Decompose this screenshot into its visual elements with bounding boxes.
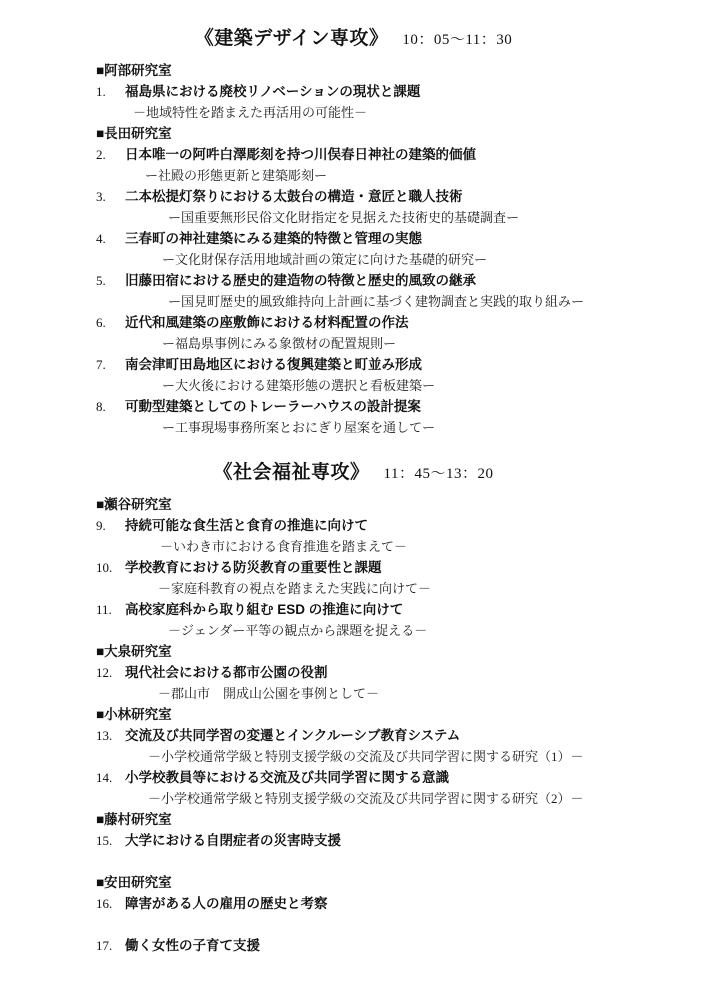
program-page: 《建築デザイン専攻》10：05～11：30■阿部研究室1.福島県における廃校リノ… bbox=[0, 0, 707, 1000]
item-subtitle-text: ー文化財保存活用地域計画の策定に向けた基礎的研究ー bbox=[162, 252, 487, 267]
item-number: 8. bbox=[96, 396, 125, 417]
item-title: 現代社会における都市公園の役割 bbox=[125, 665, 328, 680]
item-number: 1. bbox=[96, 81, 125, 102]
item-subtitle: －家庭科教育の視点を踏まえた実践に向けて－ bbox=[158, 578, 707, 599]
item-subtitle-text: －郡山市 開成山公園を事例として－ bbox=[158, 686, 379, 701]
lab-header: ■藤村研究室 bbox=[96, 809, 707, 830]
presentation-item: 3.二本松提灯祭りにおける太鼓台の構造・意匠と職人技術 bbox=[96, 186, 707, 207]
lab-header-label: ■長田研究室 bbox=[96, 126, 172, 141]
item-number: 11. bbox=[96, 599, 125, 620]
item-subtitle-text: －家庭科教育の視点を踏まえた実践に向けて－ bbox=[158, 581, 431, 596]
item-number: 16. bbox=[96, 893, 125, 914]
lab-header: ■小林研究室 bbox=[96, 704, 707, 725]
item-title: 日本唯一の阿吽白澤彫刻を持つ川俣春日神社の建築的価値 bbox=[125, 147, 476, 162]
presentation-item: 12.現代社会における都市公園の役割 bbox=[96, 662, 707, 683]
item-number: 3. bbox=[96, 186, 125, 207]
program-section: 《建築デザイン専攻》10：05～11：30■阿部研究室1.福島県における廃校リノ… bbox=[0, 26, 707, 438]
presentation-item: 9.持続可能な食生活と食育の推進に向けて bbox=[96, 515, 707, 536]
item-title: 働く女性の子育て支援 bbox=[125, 938, 260, 953]
item-number: 9. bbox=[96, 515, 125, 536]
item-subtitle: ー社殿の形態更新と建築彫刻ー bbox=[145, 165, 707, 186]
lab-header-label: ■阿部研究室 bbox=[96, 63, 172, 78]
item-number: 5. bbox=[96, 270, 125, 291]
item-subtitle: －地域特性を踏まえた再活用の可能性－ bbox=[133, 102, 707, 123]
item-subtitle-text: －小学校通常学級と特別支援学級の交流及び共同学習に関する研究（1）－ bbox=[148, 749, 584, 764]
item-title: 小学校教員等における交流及び共同学習に関する意識 bbox=[125, 770, 449, 785]
lab-header: ■阿部研究室 bbox=[96, 60, 707, 81]
item-subtitle-text: ー大火後における建築形態の選択と看板建築ー bbox=[162, 378, 435, 393]
item-subtitle-text: ー国見町歴史的風致維持向上計画に基づく建物調査と実践的取り組みー bbox=[168, 294, 584, 309]
lab-header: ■安田研究室 bbox=[96, 872, 707, 893]
lab-header-label: ■小林研究室 bbox=[96, 707, 172, 722]
item-title: 学校教育における防災教育の重要性と課題 bbox=[125, 560, 382, 575]
item-title: 持続可能な食生活と食育の推進に向けて bbox=[125, 518, 368, 533]
item-number: 15. bbox=[96, 830, 125, 851]
item-number: 4. bbox=[96, 228, 125, 249]
lab-header: ■長田研究室 bbox=[96, 123, 707, 144]
lab-header: ■瀬谷研究室 bbox=[96, 494, 707, 515]
presentation-item: 13.交流及び共同学習の変遷とインクルーシブ教育システム bbox=[96, 725, 707, 746]
item-title: 高校家庭科から取り組む ESD の推進に向けて bbox=[125, 602, 403, 617]
item-subtitle-text: －ジェンダー平等の観点から課題を捉える－ bbox=[168, 623, 427, 638]
item-subtitle-text: ー福島県事例にみる象徴材の配置規則ー bbox=[162, 336, 396, 351]
presentation-item: 10.学校教育における防災教育の重要性と課題 bbox=[96, 557, 707, 578]
item-subtitle-text: ー社殿の形態更新と建築彫刻ー bbox=[145, 168, 327, 183]
item-subtitle: ー工事現場事務所案とおにぎり屋案を通してー bbox=[162, 417, 707, 438]
item-title: 交流及び共同学習の変遷とインクルーシブ教育システム bbox=[125, 728, 460, 743]
item-subtitle: ー文化財保存活用地域計画の策定に向けた基礎的研究ー bbox=[162, 249, 707, 270]
item-number: 6. bbox=[96, 312, 125, 333]
item-title: 福島県における廃校リノベーションの現状と課題 bbox=[125, 84, 420, 99]
presentation-item: 1.福島県における廃校リノベーションの現状と課題 bbox=[96, 81, 707, 102]
item-subtitle: ー国重要無形民俗文化財指定を見据えた技術史的基礎調査ー bbox=[168, 207, 707, 228]
item-subtitle-text: －地域特性を踏まえた再活用の可能性－ bbox=[133, 105, 367, 120]
item-subtitle-text: －小学校通常学級と特別支援学級の交流及び共同学習に関する研究（2）－ bbox=[148, 791, 584, 806]
presentation-item: 8.可動型建築としてのトレーラーハウスの設計提案 bbox=[96, 396, 707, 417]
presentation-item: 6.近代和風建築の座敷飾における材料配置の作法 bbox=[96, 312, 707, 333]
item-title: 旧藤田宿における歴史的建造物の特徴と歴史的風致の継承 bbox=[125, 273, 476, 288]
lab-header-label: ■安田研究室 bbox=[96, 875, 172, 890]
item-subtitle-text: ー工事現場事務所案とおにぎり屋案を通してー bbox=[162, 420, 435, 435]
presentation-item: 15.大学における自閉症者の災害時支援 bbox=[96, 830, 707, 851]
item-subtitle: ー大火後における建築形態の選択と看板建築ー bbox=[162, 375, 707, 396]
item-subtitle: －小学校通常学級と特別支援学級の交流及び共同学習に関する研究（2）－ bbox=[148, 788, 707, 809]
item-title: 障害がある人の雇用の歴史と考察 bbox=[125, 896, 328, 911]
item-subtitle: －郡山市 開成山公園を事例として－ bbox=[158, 683, 707, 704]
presentation-item: 17.働く女性の子育て支援 bbox=[96, 935, 707, 956]
item-subtitle-text: －いわき市における食育推進を踏まえて－ bbox=[160, 539, 407, 554]
section-title: 《社会福祉専攻》 bbox=[214, 462, 370, 483]
program-content: 《建築デザイン専攻》10：05～11：30■阿部研究室1.福島県における廃校リノ… bbox=[0, 26, 707, 956]
item-title: 大学における自閉症者の災害時支援 bbox=[125, 833, 341, 848]
item-number: 7. bbox=[96, 354, 125, 375]
lab-header-label: ■大泉研究室 bbox=[96, 644, 172, 659]
item-number: 14. bbox=[96, 767, 125, 788]
item-title: 可動型建築としてのトレーラーハウスの設計提案 bbox=[125, 399, 421, 414]
item-subtitle: ー福島県事例にみる象徴材の配置規則ー bbox=[162, 333, 707, 354]
item-number: 17. bbox=[96, 935, 125, 956]
presentation-item: 2.日本唯一の阿吽白澤彫刻を持つ川俣春日神社の建築的価値 bbox=[96, 144, 707, 165]
presentation-item: 11.高校家庭科から取り組む ESD の推進に向けて bbox=[96, 599, 707, 620]
item-title: 二本松提灯祭りにおける太鼓台の構造・意匠と職人技術 bbox=[125, 189, 463, 204]
item-number: 2. bbox=[96, 144, 125, 165]
lab-header-label: ■藤村研究室 bbox=[96, 812, 172, 827]
item-number: 10. bbox=[96, 557, 125, 578]
presentation-item: 4.三春町の神社建築にみる建築的特徴と管理の実態 bbox=[96, 228, 707, 249]
item-subtitle: －小学校通常学級と特別支援学級の交流及び共同学習に関する研究（1）－ bbox=[148, 746, 707, 767]
section-time: 10：05～11：30 bbox=[402, 32, 512, 48]
presentation-item: 5.旧藤田宿における歴史的建造物の特徴と歴史的風致の継承 bbox=[96, 270, 707, 291]
item-subtitle: －いわき市における食育推進を踏まえて－ bbox=[160, 536, 707, 557]
item-title: 南会津町田島地区における復興建築と町並み形成 bbox=[125, 357, 422, 372]
section-heading: 《建築デザイン専攻》10：05～11：30 bbox=[0, 26, 707, 52]
item-number: 13. bbox=[96, 725, 125, 746]
presentation-item: 14.小学校教員等における交流及び共同学習に関する意識 bbox=[96, 767, 707, 788]
section-heading: 《社会福祉専攻》11：45～13：20 bbox=[0, 460, 707, 486]
item-subtitle-text: ー国重要無形民俗文化財指定を見据えた技術史的基礎調査ー bbox=[168, 210, 519, 225]
item-number: 12. bbox=[96, 662, 125, 683]
item-title: 三春町の神社建築にみる建築的特徴と管理の実態 bbox=[125, 231, 422, 246]
section-time: 11：45～13：20 bbox=[384, 466, 494, 482]
lab-header: ■大泉研究室 bbox=[96, 641, 707, 662]
item-subtitle: －ジェンダー平等の観点から課題を捉える－ bbox=[168, 620, 707, 641]
item-subtitle: ー国見町歴史的風致維持向上計画に基づく建物調査と実践的取り組みー bbox=[168, 291, 707, 312]
item-title: 近代和風建築の座敷飾における材料配置の作法 bbox=[125, 315, 409, 330]
section-title: 《建築デザイン専攻》 bbox=[195, 28, 389, 49]
presentation-item: 7.南会津町田島地区における復興建築と町並み形成 bbox=[96, 354, 707, 375]
program-section: 《社会福祉専攻》11：45～13：20■瀬谷研究室9.持続可能な食生活と食育の推… bbox=[0, 460, 707, 956]
lab-header-label: ■瀬谷研究室 bbox=[96, 497, 172, 512]
presentation-item: 16.障害がある人の雇用の歴史と考察 bbox=[96, 893, 707, 914]
